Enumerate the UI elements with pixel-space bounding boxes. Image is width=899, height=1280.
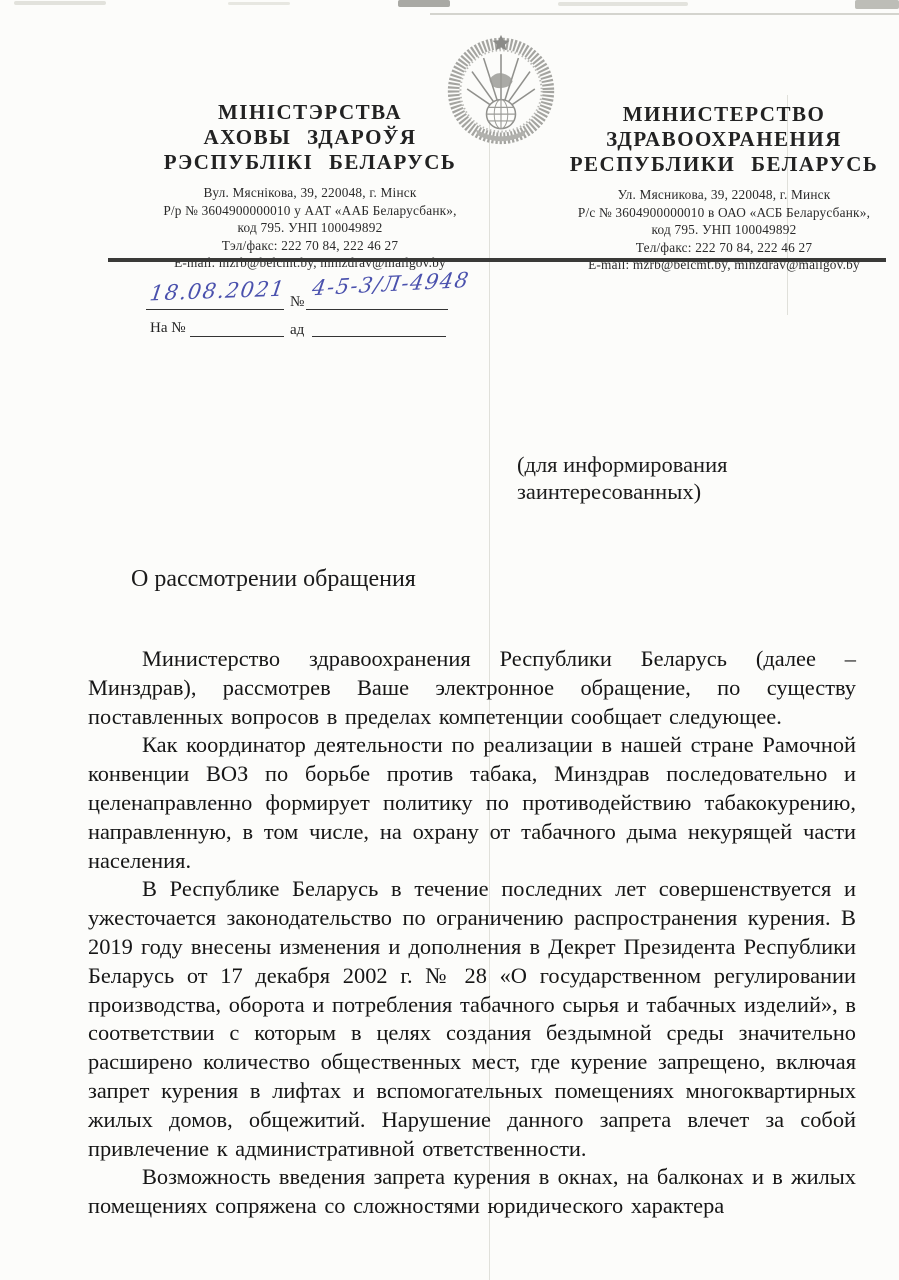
address-line: код 795. УНП 100049892 [140,219,480,237]
address-line: Вул. Мяснікова, 39, 220048, г. Мінск [140,184,480,202]
letter-body: Министерство здравоохранения Республики … [88,645,856,1221]
letter-subject: О рассмотрении обращения [131,566,416,593]
body-paragraph: Министерство здравоохранения Республики … [88,645,856,731]
recipient-annotation: (для информирования заинтересованных) [517,452,837,505]
letterhead-divider-rule [108,258,886,262]
body-paragraph: Как координатор деятельности по реализац… [88,731,856,875]
scan-smudge [14,1,106,5]
title-line: МИНИСТЕРСТВО [552,102,896,127]
address-line: E-mail: mzrb@belcmt.by, minzdrav@mailgov… [140,254,480,272]
reply-number-blank-line [190,321,284,337]
ministry-title-ru: МИНИСТЕРСТВО ЗДРАВООХРАНЕНИЯ РЕСПУБЛИКИ … [552,102,896,177]
reply-date-blank-line [312,321,446,337]
title-line: АХОВЫ ЗДАРОЎЯ [140,125,480,150]
letterhead-belarusian: МІНІСТЭРСТВА АХОВЫ ЗДАРОЎЯ РЭСПУБЛІКІ БЕ… [140,100,480,272]
letterhead-russian: МИНИСТЕРСТВО ЗДРАВООХРАНЕНИЯ РЕСПУБЛИКИ … [552,102,896,274]
ministry-title-be: МІНІСТЭРСТВА АХОВЫ ЗДАРОЎЯ РЭСПУБЛІКІ БЕ… [140,100,480,175]
address-line: код 795. УНП 100049892 [552,221,896,239]
scan-smudge [558,2,688,6]
scan-line-artifact [430,13,899,15]
number-blank-line [306,294,448,310]
annotation-line: (для информирования [517,452,837,479]
address-line: Тэл/факс: 222 70 84, 222 46 27 [140,237,480,255]
annotation-line: заинтересованных) [517,479,837,506]
number-sign-label: № [290,294,304,311]
title-line: РЕСПУБЛИКИ БЕЛАРУСЬ [552,152,896,177]
address-line: Тел/факс: 222 70 84, 222 46 27 [552,239,896,257]
address-line: Р/р № 3604900000010 у ААТ «ААБ Беларусба… [140,202,480,220]
date-blank-line [146,294,284,310]
scan-smudge [398,0,450,7]
reply-to-label: На № [150,320,186,337]
address-line: Р/с № 3604900000010 в ОАО «АСБ Беларусба… [552,204,896,222]
title-line: РЭСПУБЛІКІ БЕЛАРУСЬ [140,150,480,175]
body-paragraph: В Республике Беларусь в течение последни… [88,875,856,1163]
scan-smudge [855,0,899,9]
scanned-letter-page: МІНІСТЭРСТВА АХОВЫ ЗДАРОЎЯ РЭСПУБЛІКІ БЕ… [0,0,899,1280]
reply-from-label: ад [290,322,304,339]
address-line: Ул. Мясникова, 39, 220048, г. Минск [552,186,896,204]
title-line: ЗДРАВООХРАНЕНИЯ [552,127,896,152]
scan-smudge [228,2,290,5]
body-paragraph: Возможность введения запрета курения в о… [88,1163,856,1221]
title-line: МІНІСТЭРСТВА [140,100,480,125]
